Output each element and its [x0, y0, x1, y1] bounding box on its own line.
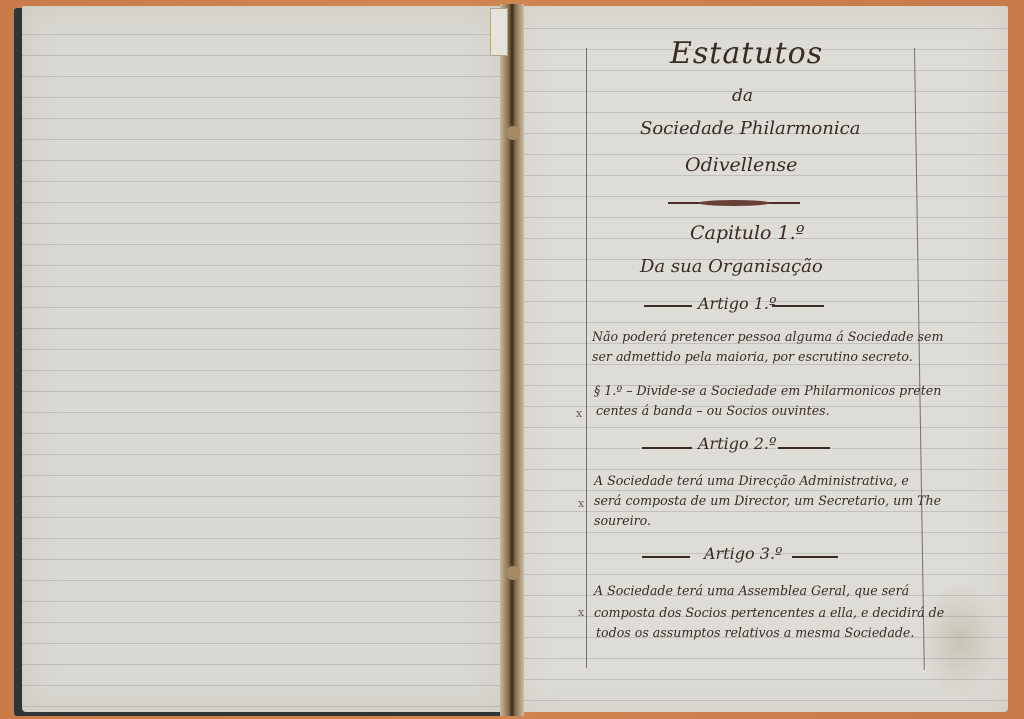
- paper-stain: [920, 579, 1000, 699]
- left-page-blank: [22, 6, 504, 712]
- heading-rule: [772, 305, 824, 307]
- article-3-line: todos os assumptos relativos a mesma Soc…: [596, 620, 914, 646]
- chapter-subtitle: Da sua Organisação: [640, 256, 823, 277]
- article-1-paragraph-line: centes á banda – ou Socios ouvintes.: [596, 398, 830, 424]
- chapter-heading: Capitulo 1.º: [690, 222, 805, 244]
- binding-knot: [506, 126, 520, 140]
- society-name: Sociedade Philarmonica: [640, 118, 860, 139]
- left-margin-line: [586, 48, 587, 668]
- paper-tab: [490, 8, 508, 56]
- heading-rule: [644, 305, 692, 307]
- title-connector: da: [732, 86, 753, 106]
- article-1-heading: Artigo 1.º: [698, 294, 777, 313]
- article-2-heading: Artigo 2.º: [698, 434, 777, 453]
- document-title: Estatutos: [670, 36, 823, 71]
- article-3-heading: Artigo 3.º: [704, 544, 783, 563]
- margin-mark: x: [576, 407, 582, 420]
- margin-mark: x: [578, 497, 584, 510]
- heading-rule: [792, 556, 838, 558]
- heading-rule: [642, 447, 692, 449]
- margin-mark: x: [578, 606, 584, 619]
- heading-rule: [778, 447, 830, 449]
- ornament-divider: [668, 200, 800, 206]
- society-name-place: Odivellense: [685, 154, 797, 176]
- book-spine-gutter: [500, 4, 524, 716]
- article-1-line: ser admettido pela maioria, por escrutin…: [592, 344, 913, 370]
- article-2-line: soureiro.: [594, 508, 651, 534]
- binding-knot: [506, 566, 520, 580]
- heading-rule: [642, 556, 690, 558]
